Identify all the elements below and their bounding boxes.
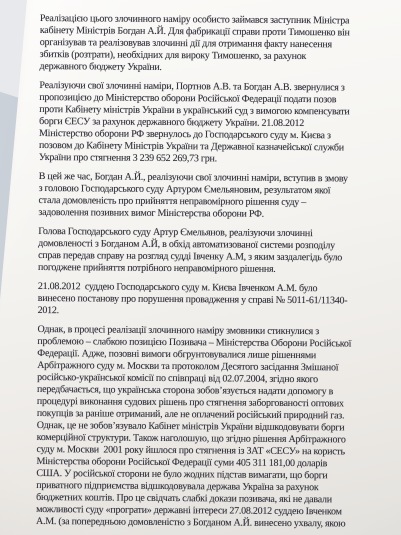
paragraph: Реалізацією цього злочинного наміру особ… (40, 13, 394, 76)
paragraph: Однак, в процесі реалізації злочинного н… (36, 324, 392, 531)
paragraph: В цей же час, Богдан А.Й., реалізуючи св… (38, 171, 392, 222)
paragraph: 21.08.2012 суддею Господарського суду м.… (38, 281, 392, 320)
paragraph: Реалізуючи свої злочинні наміри, Портнов… (39, 80, 394, 167)
document-page: Реалізацією цього злочинного наміру особ… (0, 0, 401, 535)
photo-background: Реалізацією цього злочинного наміру особ… (0, 0, 401, 535)
document-text: Реалізацією цього злочинного наміру особ… (36, 13, 394, 535)
paragraph: Голова Господарського суду Артур Ємельян… (38, 226, 392, 277)
